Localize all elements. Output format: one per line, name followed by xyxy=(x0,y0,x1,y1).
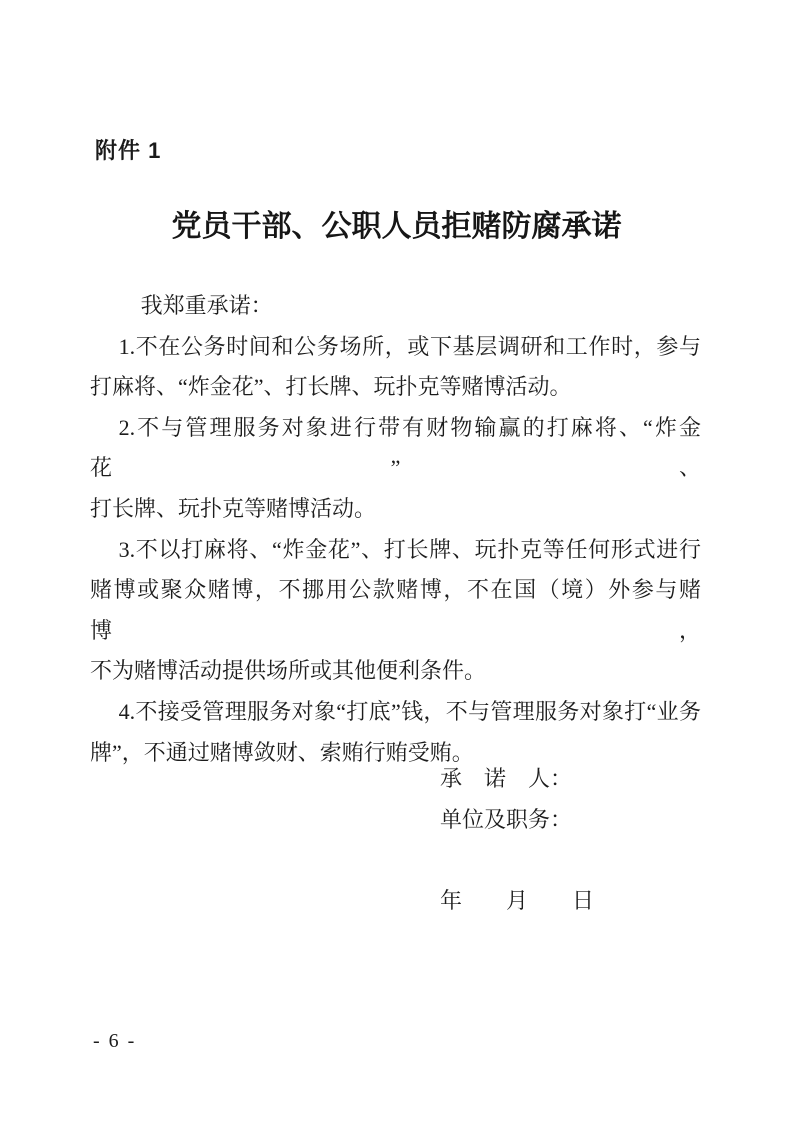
body-line-item2-a: 2.不与管理服务对象进行带有财物输赢的打麻将、“炸金花”、 xyxy=(90,408,701,489)
document-body: 我郑重承诺： 1.不在公务时间和公务场所，或下基层调研和工作时，参与 打麻将、“… xyxy=(90,286,701,773)
body-line-item3-c: 不为赌博活动提供场所或其他便利条件。 xyxy=(90,651,701,692)
attachment-label: 附件 1 xyxy=(95,134,161,165)
unit-title-label: 单位及职务： xyxy=(440,800,594,841)
promise-opening-line: 我郑重承诺： xyxy=(90,286,701,327)
body-line-item2-b: 打长牌、玩扑克等赌博活动。 xyxy=(90,489,701,530)
body-line-item4-b: 牌”，不通过赌博敛财、索贿行贿受贿。 xyxy=(90,733,701,774)
document-page: 附件 1 党员干部、公职人员拒赌防腐承诺 我郑重承诺： 1.不在公务时间和公务场… xyxy=(0,0,793,1122)
date-line: 年 月 日 xyxy=(440,881,594,922)
page-number: - 6 - xyxy=(93,1030,136,1053)
promisor-label: 承 诺 人： xyxy=(440,759,594,800)
signature-block: 承 诺 人： 单位及职务： 年 月 日 xyxy=(440,759,594,921)
body-line-item4-a: 4.不接受管理服务对象“打底”钱，不与管理服务对象打“业务 xyxy=(90,692,701,733)
body-line-item1-b: 打麻将、“炸金花”、打长牌、玩扑克等赌博活动。 xyxy=(90,367,701,408)
body-line-item1-a: 1.不在公务时间和公务场所，或下基层调研和工作时，参与 xyxy=(90,327,701,368)
body-line-item3-b: 赌博或聚众赌博，不挪用公款赌博，不在国（境）外参与赌博， xyxy=(90,570,701,651)
body-line-item3-a: 3.不以打麻将、“炸金花”、打长牌、玩扑克等任何形式进行 xyxy=(90,530,701,571)
document-title: 党员干部、公职人员拒赌防腐承诺 xyxy=(0,201,793,245)
